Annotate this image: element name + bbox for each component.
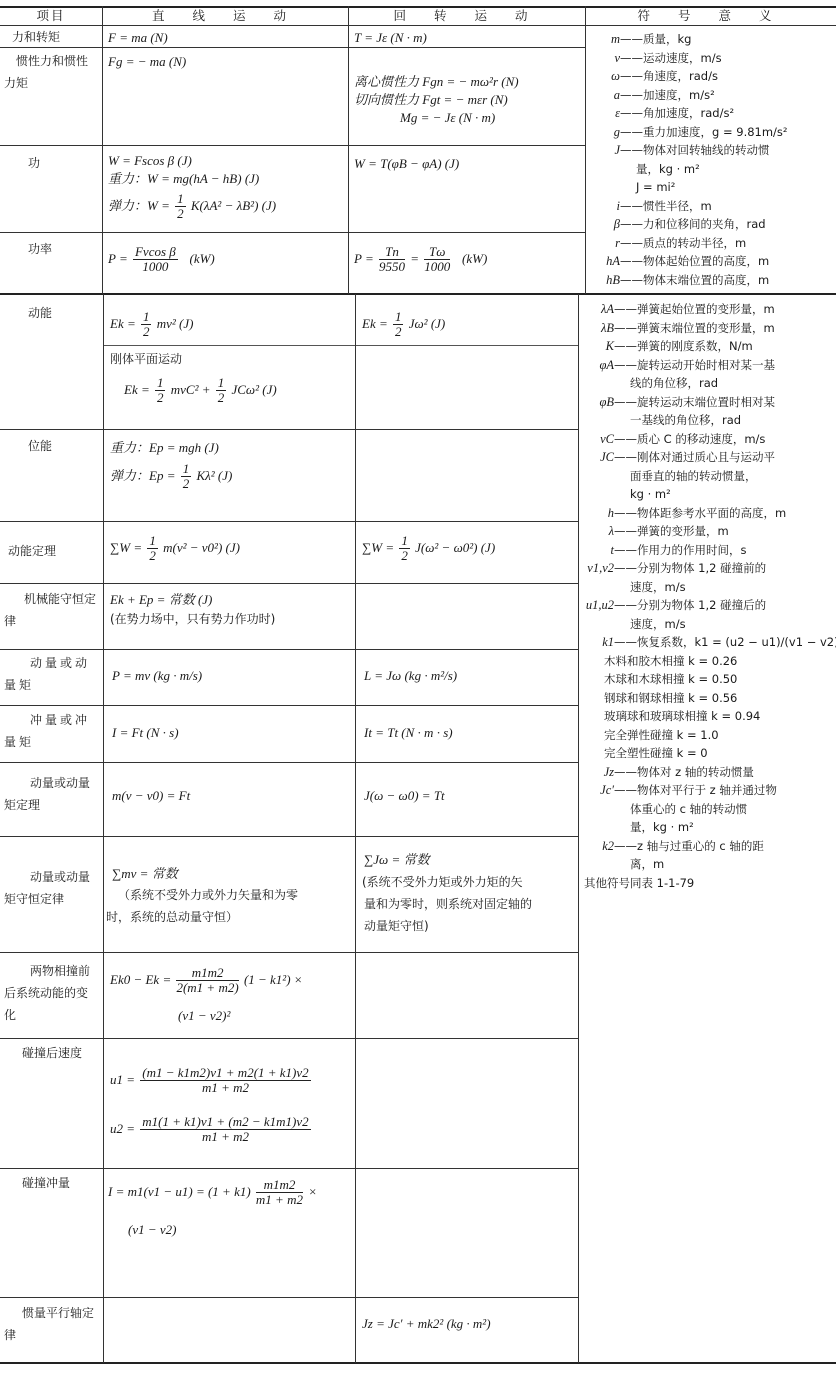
linear-impulse-formula: I = Ft (N · s) [112, 725, 179, 741]
symbol-meaning: 离，m [630, 857, 664, 871]
symbol-key: v1,v2 [584, 559, 614, 578]
symbol-meaning: ——运动速度，m/s [620, 51, 722, 65]
row-divider [0, 1297, 578, 1298]
col-divider [585, 6, 586, 294]
symbol-definition: λB——弹簧末端位置的变形量，m [584, 319, 834, 338]
symbol-meaning: kg · m² [630, 487, 671, 501]
table-section-divider [0, 293, 836, 295]
fraction-half: 12 [175, 192, 186, 222]
symbol-meaning: 线的角位移，rad [630, 376, 718, 390]
symbol-key: t [584, 541, 614, 560]
symbol-meaning: ——刚体对通过质心且与运动平 [614, 450, 775, 464]
symbol-key: λB [584, 319, 614, 338]
angular-momentum-conservation-note-3: 动量矩守恒) [364, 919, 429, 934]
symbol-meaning: ——弹簧的变形量，m [614, 524, 729, 538]
row-label-momentum: 动量或动量矩 [4, 652, 96, 696]
symbol-definition: 其他符号同表 1-1-79 [584, 874, 834, 893]
rotary-inertia-moment-formula: Mg = − Jε (N · m) [400, 110, 495, 126]
symbol-meaning: ——惯性半径，m [620, 199, 712, 213]
symbol-meaning: ——旋转运动末端位置时相对某 [614, 395, 775, 409]
col-divider [355, 294, 356, 1363]
u1-formula: u1 = (m1 − k1m2)v1 + m2(1 + k1)v2m1 + m2 [110, 1066, 313, 1096]
symbol-key: m [590, 30, 620, 49]
symbol-definition: 体重心的 c 轴的转动惯 [584, 800, 834, 819]
gravity-potential-formula: 重力：Ep = mgh (J) [110, 440, 219, 456]
symbol-meaning: 一基线的角位移，rad [630, 413, 741, 427]
row-label-inertia: 惯性力和惯性力矩 [4, 50, 92, 94]
symbol-key: J [590, 141, 620, 160]
symbol-meaning: ——物体距参考水平面的高度，m [614, 506, 786, 520]
symbol-definition: φA——旋转运动开始时相对某一基 [584, 356, 834, 375]
row-divider [0, 232, 585, 233]
symbol-meaning: 木料和胶木相撞 k = 0.26 [604, 654, 737, 668]
symbol-meaning: ——质心 C 的移动速度，m/s [614, 432, 765, 446]
linear-force-formula: F = ma (N) [108, 30, 168, 46]
symbol-definition: u1,u2——分别为物体 1,2 碰撞后的 [584, 596, 834, 615]
symbol-key: Jz [584, 763, 614, 782]
symbol-definition: 量，kg · m² [584, 818, 834, 837]
header-symbol-meaning: 符 号 意 义 [585, 8, 836, 24]
symbol-meaning: 面垂直的轴的转动惯量， [630, 469, 757, 483]
collision-energy-formula: Ek0 − Ek = m1m22(m1 + m2) (1 − k1²) × [110, 966, 303, 996]
symbol-key: K [584, 337, 614, 356]
symbol-meaning: ——质量，kg [620, 32, 691, 46]
symbol-definition: 木球和木球相撞 k = 0.50 [584, 670, 834, 689]
symbol-meaning: ——分别为物体 1,2 碰撞前的 [614, 561, 766, 575]
col-divider [578, 294, 579, 1363]
symbol-key: k1 [584, 633, 614, 652]
symbol-meaning: 玻璃球和玻璃球相撞 k = 0.94 [604, 709, 760, 723]
rotary-kinetic-formula: Ek = 12 Jω² (J) [362, 310, 445, 340]
symbol-key: hB [590, 271, 620, 290]
symbol-key: hA [590, 252, 620, 271]
symbol-key: β [590, 215, 620, 234]
symbol-meaning: ——物体对 z 轴的转动惯量 [614, 765, 754, 779]
symbol-key: i [590, 197, 620, 216]
row-divider [0, 836, 578, 837]
symbol-meaning: ——分别为物体 1,2 碰撞后的 [614, 598, 766, 612]
linear-gravity-work-formula: 重力：W = mg(hA − hB) (J) [108, 171, 259, 187]
symbol-definition: 完全塑性碰撞 k = 0 [584, 744, 834, 763]
col-divider [103, 294, 104, 1363]
formula-prefix: 弹力：W = [108, 198, 170, 213]
symbol-meaning: ——物体对平行于 z 轴并通过物 [614, 783, 777, 797]
symbol-definition: Jc′——物体对平行于 z 轴并通过物 [584, 781, 834, 800]
row-divider [0, 429, 578, 430]
symbol-key: φA [584, 356, 614, 375]
symbol-meaning: ——作用力的作用时间，s [614, 543, 747, 557]
header-divider [0, 25, 836, 26]
symbol-meaning: ——物体对回转轴线的转动惯 [620, 143, 770, 157]
linear-momentum-conservation-note-1: （系统不受外力或外力矢量和为零 [118, 888, 298, 903]
symbol-key: ω [590, 67, 620, 86]
row-divider [0, 1168, 578, 1169]
plane-motion-kinetic-formula: Ek = 12 mvC² + 12 JCω² (J) [124, 376, 277, 406]
rotary-tangential-formula: 切向惯性力 Fgt = − mεr (N) [354, 92, 508, 108]
symbol-definition: ω——角速度，rad/s [590, 67, 834, 86]
row-divider [0, 705, 578, 706]
row-divider [0, 145, 585, 146]
symbol-definition: J——物体对回转轴线的转动惯 [590, 141, 834, 160]
row-divider [0, 952, 578, 953]
symbol-definition: v——运动速度，m/s [590, 49, 834, 68]
symbol-meaning: ——重力加速度，g = 9.81m/s² [620, 125, 788, 139]
symbol-key: a [590, 86, 620, 105]
symbol-definition: 钢球和钢球相撞 k = 0.56 [584, 689, 834, 708]
linear-spring-work-formula: 弹力：W = 12 K(λA² − λB²) (J) [108, 192, 276, 222]
symbol-definition: λA——弹簧起始位置的变形量，m [584, 300, 834, 319]
symbol-definition: Jz——物体对 z 轴的转动惯量 [584, 763, 834, 782]
symbol-definition: i——惯性半径，m [590, 197, 834, 216]
symbol-definition: k2——z 轴与过重心的 c 轴的距 [584, 837, 834, 856]
symbol-definition: m——质量，kg [590, 30, 834, 49]
angular-momentum-formula: L = Jω (kg · m²/s) [364, 668, 457, 684]
linear-momentum-theorem-formula: m(v − v0) = Ft [112, 788, 190, 804]
symbol-key: vC [584, 430, 614, 449]
symbol-meaning: ——恢复系数，k1 = (u2 − u1)/(v1 − v2) [614, 635, 836, 649]
symbol-meaning: ——力和位移间的夹角，rad [620, 217, 766, 231]
symbol-meaning: 完全塑性碰撞 k = 0 [604, 746, 708, 760]
angular-momentum-conservation-note-2: 量和为零时，则系统对固定轴的 [364, 897, 532, 912]
row-label-kinetic-theorem: 动能定理 [8, 540, 56, 562]
symbol-definition: ε——角加速度，rad/s² [590, 104, 834, 123]
symbol-key: g [590, 123, 620, 142]
linear-work-formula: W = Fscos β (J) [108, 153, 192, 169]
angular-momentum-theorem-formula: J(ω − ω0) = Tt [364, 788, 445, 804]
symbol-definition: 玻璃球和玻璃球相撞 k = 0.94 [584, 707, 834, 726]
linear-momentum-conservation-note-2: 时，系统的总动量守恒） [106, 910, 238, 925]
symbol-definition: 离，m [584, 855, 834, 874]
formula-suffix: K(λA² − λB²) (J) [191, 198, 276, 213]
symbol-key: v [590, 49, 620, 68]
header-item: 项目 [0, 8, 102, 24]
linear-kinetic-theorem-formula: ∑W = 12 m(v² − v0²) (J) [110, 534, 240, 564]
row-label-collision-velocity: 碰撞后速度 [22, 1042, 82, 1064]
col-divider [348, 6, 349, 294]
symbol-definition: kg · m² [584, 485, 834, 504]
row-label-momentum-conservation: 动量或动量矩守恒定律 [4, 866, 96, 910]
symbol-definition: φB——旋转运动末端位置时相对某 [584, 393, 834, 412]
row-label-power: 功率 [28, 238, 52, 260]
linear-inertia-formula: Fg = − ma (N) [108, 54, 186, 70]
symbol-meaning: ——角速度，rad/s [620, 69, 718, 83]
mechanical-energy-condition: (在势力场中，只有势力作功时) [110, 612, 275, 627]
symbol-list-bottom: λA——弹簧起始位置的变形量，mλB——弹簧末端位置的变形量，mK——弹簧的刚度… [584, 300, 834, 892]
symbol-key: u1,u2 [584, 596, 614, 615]
header-rotary-motion: 回 转 运 动 [348, 8, 585, 24]
symbol-definition: k1——恢复系数，k1 = (u2 − u1)/(v1 − v2) [584, 633, 834, 652]
symbol-meaning: 其他符号同表 1-1-79 [584, 876, 694, 890]
row-label-momentum-theorem: 动量或动量矩定理 [4, 772, 96, 816]
symbol-definition: hB——物体末端位置的高度，m [590, 271, 834, 290]
linear-momentum-formula: P = mv (kg · m/s) [112, 668, 202, 684]
symbol-definition: 面垂直的轴的转动惯量， [584, 467, 834, 486]
symbol-definition: K——弹簧的刚度系数，N/m [584, 337, 834, 356]
symbol-definition: 一基线的角位移，rad [584, 411, 834, 430]
symbol-definition: v1,v2——分别为物体 1,2 碰撞前的 [584, 559, 834, 578]
symbol-definition: r——质点的转动半径，m [590, 234, 834, 253]
symbol-key: Jc′ [584, 781, 614, 800]
row-divider [0, 649, 578, 650]
symbol-key: λ [584, 522, 614, 541]
row-divider [0, 521, 578, 522]
symbol-definition: a——加速度，m/s² [590, 86, 834, 105]
row-divider [0, 583, 578, 584]
row-label-collision-energy: 两物相撞前后系统动能的变化 [4, 960, 96, 1026]
row-label-mechanical-energy: 机械能守恒定律 [4, 588, 96, 632]
row-label-parallel-axis: 惯量平行轴定律 [4, 1302, 96, 1346]
symbol-key: φB [584, 393, 614, 412]
row-label-kinetic-energy: 动能 [28, 302, 52, 324]
symbol-key: h [584, 504, 614, 523]
u2-formula: u2 = m1(1 + k1)v1 + (m2 − k1m1)v2m1 + m2 [110, 1115, 313, 1145]
collision-impulse-formula-cont: (v1 − v2) [128, 1222, 176, 1238]
linear-momentum-conservation-formula: ∑mv = 常数 [112, 866, 178, 882]
symbol-definition: t——作用力的作用时间，s [584, 541, 834, 560]
symbol-definition: 量，kg · m² [590, 160, 834, 179]
row-label-potential-energy: 位能 [28, 435, 52, 457]
symbol-key: r [590, 234, 620, 253]
row-divider [0, 1038, 578, 1039]
symbol-definition: vC——质心 C 的移动速度，m/s [584, 430, 834, 449]
linear-kinetic-formula: Ek = 12 mv² (J) [110, 310, 193, 340]
symbol-definition: 木料和胶木相撞 k = 0.26 [584, 652, 834, 671]
spring-potential-formula: 弹力：Ep = 12 Kλ² (J) [110, 462, 232, 492]
linear-power-formula: P = Fvcos β1000 (kW) [108, 245, 215, 275]
symbol-definition: hA——物体起始位置的高度，m [590, 252, 834, 271]
symbol-meaning: ——加速度，m/s² [620, 88, 715, 102]
rotary-centrifugal-formula: 离心惯性力 Fgn = − mω²r (N) [354, 74, 519, 90]
col-divider [102, 6, 103, 294]
symbol-meaning: ——弹簧起始位置的变形量，m [614, 302, 775, 316]
collision-impulse-formula: I = m1(v1 − u1) = (1 + k1) m1m2m1 + m2 × [108, 1178, 317, 1208]
symbol-meaning: 完全弹性碰撞 k = 1.0 [604, 728, 719, 742]
symbol-list-top: m——质量，kgv——运动速度，m/sω——角速度，rad/sa——加速度，m/… [590, 30, 834, 289]
symbol-meaning: ——z 轴与过重心的 c 轴的距 [614, 839, 764, 853]
symbol-definition: 速度，m/s [584, 578, 834, 597]
rigid-body-plane-motion-title: 刚体平面运动 [110, 352, 182, 367]
row-divider [0, 762, 578, 763]
symbol-definition: h——物体距参考水平面的高度，m [584, 504, 834, 523]
symbol-definition: J = mi² [590, 178, 834, 197]
symbol-definition: g——重力加速度，g = 9.81m/s² [590, 123, 834, 142]
symbol-meaning: ——角加速度，rad/s² [620, 106, 734, 120]
symbol-meaning: ——质点的转动半径，m [620, 236, 746, 250]
symbol-meaning: ——弹簧的刚度系数，N/m [614, 339, 753, 353]
symbol-meaning: ——物体末端位置的高度，m [620, 273, 769, 287]
row-label-force: 力和转矩 [12, 26, 100, 48]
table-bottom-border [0, 1362, 836, 1364]
symbol-key: ε [590, 104, 620, 123]
row-label-impulse: 冲量或冲量矩 [4, 709, 96, 753]
row-divider [104, 345, 579, 346]
symbol-key: k2 [584, 837, 614, 856]
symbol-definition: 线的角位移，rad [584, 374, 834, 393]
symbol-meaning: ——弹簧末端位置的变形量，m [614, 321, 775, 335]
symbol-key: λA [584, 300, 614, 319]
rotary-work-formula: W = T(φB − φA) (J) [354, 156, 459, 172]
row-label-collision-impulse: 碰撞冲量 [22, 1172, 70, 1194]
mechanical-energy-formula: Ek + Ep = 常数 (J) [110, 592, 212, 608]
angular-momentum-conservation-formula: ∑Jω = 常数 [364, 852, 430, 868]
symbol-meaning: 速度，m/s [630, 617, 686, 631]
rotary-torque-formula: T = Jε (N · m) [354, 30, 427, 46]
angular-impulse-formula: It = Tt (N · m · s) [364, 725, 453, 741]
symbol-meaning: 体重心的 c 轴的转动惯 [630, 802, 747, 816]
rotary-power-formula: P = Tn9550 = Tω1000 (kW) [354, 245, 487, 275]
symbol-meaning: 木球和木球相撞 k = 0.50 [604, 672, 737, 686]
angular-momentum-conservation-note-1: (系统不受外力矩或外力矩的矢 [362, 875, 523, 890]
symbol-definition: λ——弹簧的变形量，m [584, 522, 834, 541]
symbol-meaning: ——旋转运动开始时相对某一基 [614, 358, 775, 372]
parallel-axis-formula: Jz = Jc′ + mk2² (kg · m²) [362, 1316, 491, 1332]
header-linear-motion: 直 线 运 动 [102, 8, 348, 24]
symbol-meaning: ——物体起始位置的高度，m [620, 254, 769, 268]
symbol-meaning: 量，kg · m² [630, 820, 694, 834]
rotary-kinetic-theorem-formula: ∑W = 12 J(ω² − ω0²) (J) [362, 534, 495, 564]
symbol-key: JC [584, 448, 614, 467]
symbol-meaning: 速度，m/s [630, 580, 686, 594]
symbol-definition: 速度，m/s [584, 615, 834, 634]
symbol-meaning: 量，kg · m² [636, 162, 700, 176]
row-label-work: 功 [28, 152, 40, 174]
symbol-definition: β——力和位移间的夹角，rad [590, 215, 834, 234]
symbol-definition: JC——刚体对通过质心且与运动平 [584, 448, 834, 467]
symbol-meaning: 钢球和钢球相撞 k = 0.56 [604, 691, 737, 705]
symbol-meaning: J = mi² [636, 180, 675, 194]
collision-energy-formula-cont: (v1 − v2)² [178, 1008, 230, 1024]
symbol-definition: 完全弹性碰撞 k = 1.0 [584, 726, 834, 745]
